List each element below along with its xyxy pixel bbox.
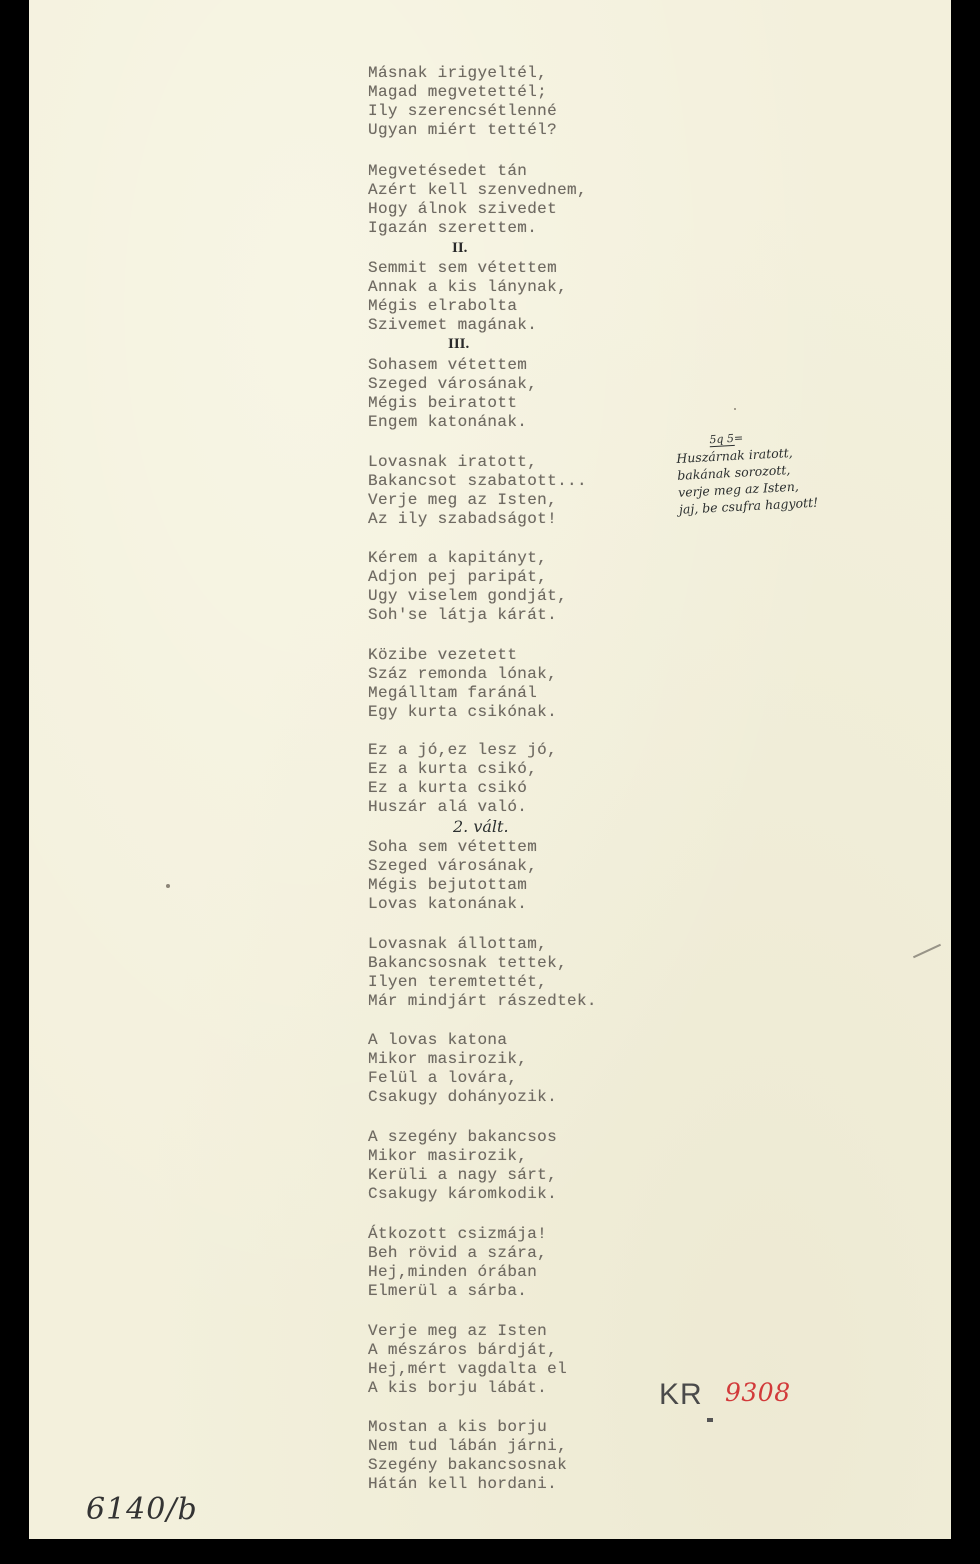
poem-line: Hátán kell hordani. [368,1475,557,1494]
poem-line: Közibe vezetett [368,646,517,665]
poem-line: Soh'se látja kárát. [368,606,557,625]
poem-line: A kis borju lábát. [368,1379,547,1398]
poem-line: Lovasnak állottam, [368,935,547,954]
poem-line: Beh rövid a szára, [368,1244,547,1263]
poem-line: Mégis bejutottam [368,876,527,895]
margin-note-heading-suffix: = [734,431,744,444]
poem-text: Másnak irigyeltél, Magad megvetettél; Il… [29,0,951,1539]
poem-line: Engem katonának. [368,413,527,432]
poem-line: Semmit sem vétettem [368,259,557,278]
poem-line: Hogy álnok szivedet [368,200,557,219]
poem-line: Sohasem vétettem [368,356,527,375]
paper-speck [734,408,736,410]
poem-line: Elmerül a sárba. [368,1282,527,1301]
poem-line: Ugyan miért tettél? [368,121,557,140]
poem-line: Huszár alá való. [368,798,527,817]
poem-line: Bakancsosnak tettek, [368,954,567,973]
poem-line: Ily szerencsétlenné [368,102,557,121]
section-marker-ii: II. [452,240,467,257]
poem-line: Hej,minden órában [368,1263,537,1282]
poem-line: Kérem a kapitányt, [368,549,547,568]
poem-line: Adjon pej paripát, [368,568,547,587]
poem-line: Hej,mért vagdalta el [368,1360,567,1379]
paper-speck [166,884,170,888]
poem-line: A mészáros bárdját, [368,1341,557,1360]
poem-line: Csakugy káromkodik. [368,1185,557,1204]
poem-line: Nem tud lábán járni, [368,1437,567,1456]
manuscript-page: Másnak irigyeltél, Magad megvetettél; Il… [29,0,951,1539]
poem-line: Lovasnak iratott, [368,453,537,472]
section-marker-iii: III. [448,336,469,353]
poem-line: Bakancsot szabatott... [368,472,587,491]
poem-line: Átkozott csizmája! [368,1225,547,1244]
poem-line: Kerüli a nagy sárt, [368,1166,557,1185]
handwritten-margin-note: 5q 5= Huszárnak iratott, bakának sorozot… [675,420,909,518]
poem-line: Ugy viselem gondját, [368,587,567,606]
poem-line: Soha sem vétettem [368,838,537,857]
stamp-mark [707,1418,713,1422]
poem-line: Annak a kis lánynak, [368,278,567,297]
poem-line: Szivemet magának. [368,316,537,335]
poem-line: Szeged városának, [368,375,537,394]
poem-line: Lovas katonának. [368,895,527,914]
catalog-number: 6140/b [86,1492,198,1527]
poem-line: Verje meg az Isten [368,1322,547,1341]
margin-note-heading: 5q 5 [709,432,734,447]
poem-line: Mostan a kis borju [368,1418,547,1437]
poem-line: Megálltam faránál [368,684,537,703]
poem-line: A lovas katona [368,1031,507,1050]
archive-stamp-number: 9308 [725,1378,791,1407]
poem-line: Szegény bakancsosnak [368,1456,567,1475]
poem-line: A szegény bakancsos [368,1128,557,1147]
poem-line: Száz remonda lónak, [368,665,557,684]
poem-line: Magad megvetettél; [368,83,547,102]
poem-line: Mikor masirozik, [368,1147,527,1166]
poem-line: Igazán szerettem. [368,219,537,238]
poem-line: Azért kell szenvednem, [368,181,587,200]
poem-line: Ez a kurta csikó, [368,760,537,779]
poem-line: Megvetésedet tán [368,162,527,181]
variant-marker: 2. vált. [453,817,509,836]
poem-line: Mégis elrabolta [368,297,517,316]
poem-line: Felül a lovára, [368,1069,517,1088]
poem-line: Ez a kurta csikó [368,779,527,798]
poem-line: Szeged városának, [368,857,537,876]
poem-line: Egy kurta csikónak. [368,703,557,722]
poem-line: Az ily szabadságot! [368,510,557,529]
poem-line: Már mindjárt rászedtek. [368,992,597,1011]
poem-line: Mikor masirozik, [368,1050,527,1069]
poem-line: Mégis beiratott [368,394,517,413]
poem-line: Verje meg az Isten, [368,491,557,510]
poem-line: Másnak irigyeltél, [368,64,547,83]
archive-stamp-prefix: KR [659,1378,703,1412]
poem-line: Ez a jó,ez lesz jó, [368,741,557,760]
poem-line: Ilyen teremtettét, [368,973,547,992]
poem-line: Csakugy dohányozik. [368,1088,557,1107]
